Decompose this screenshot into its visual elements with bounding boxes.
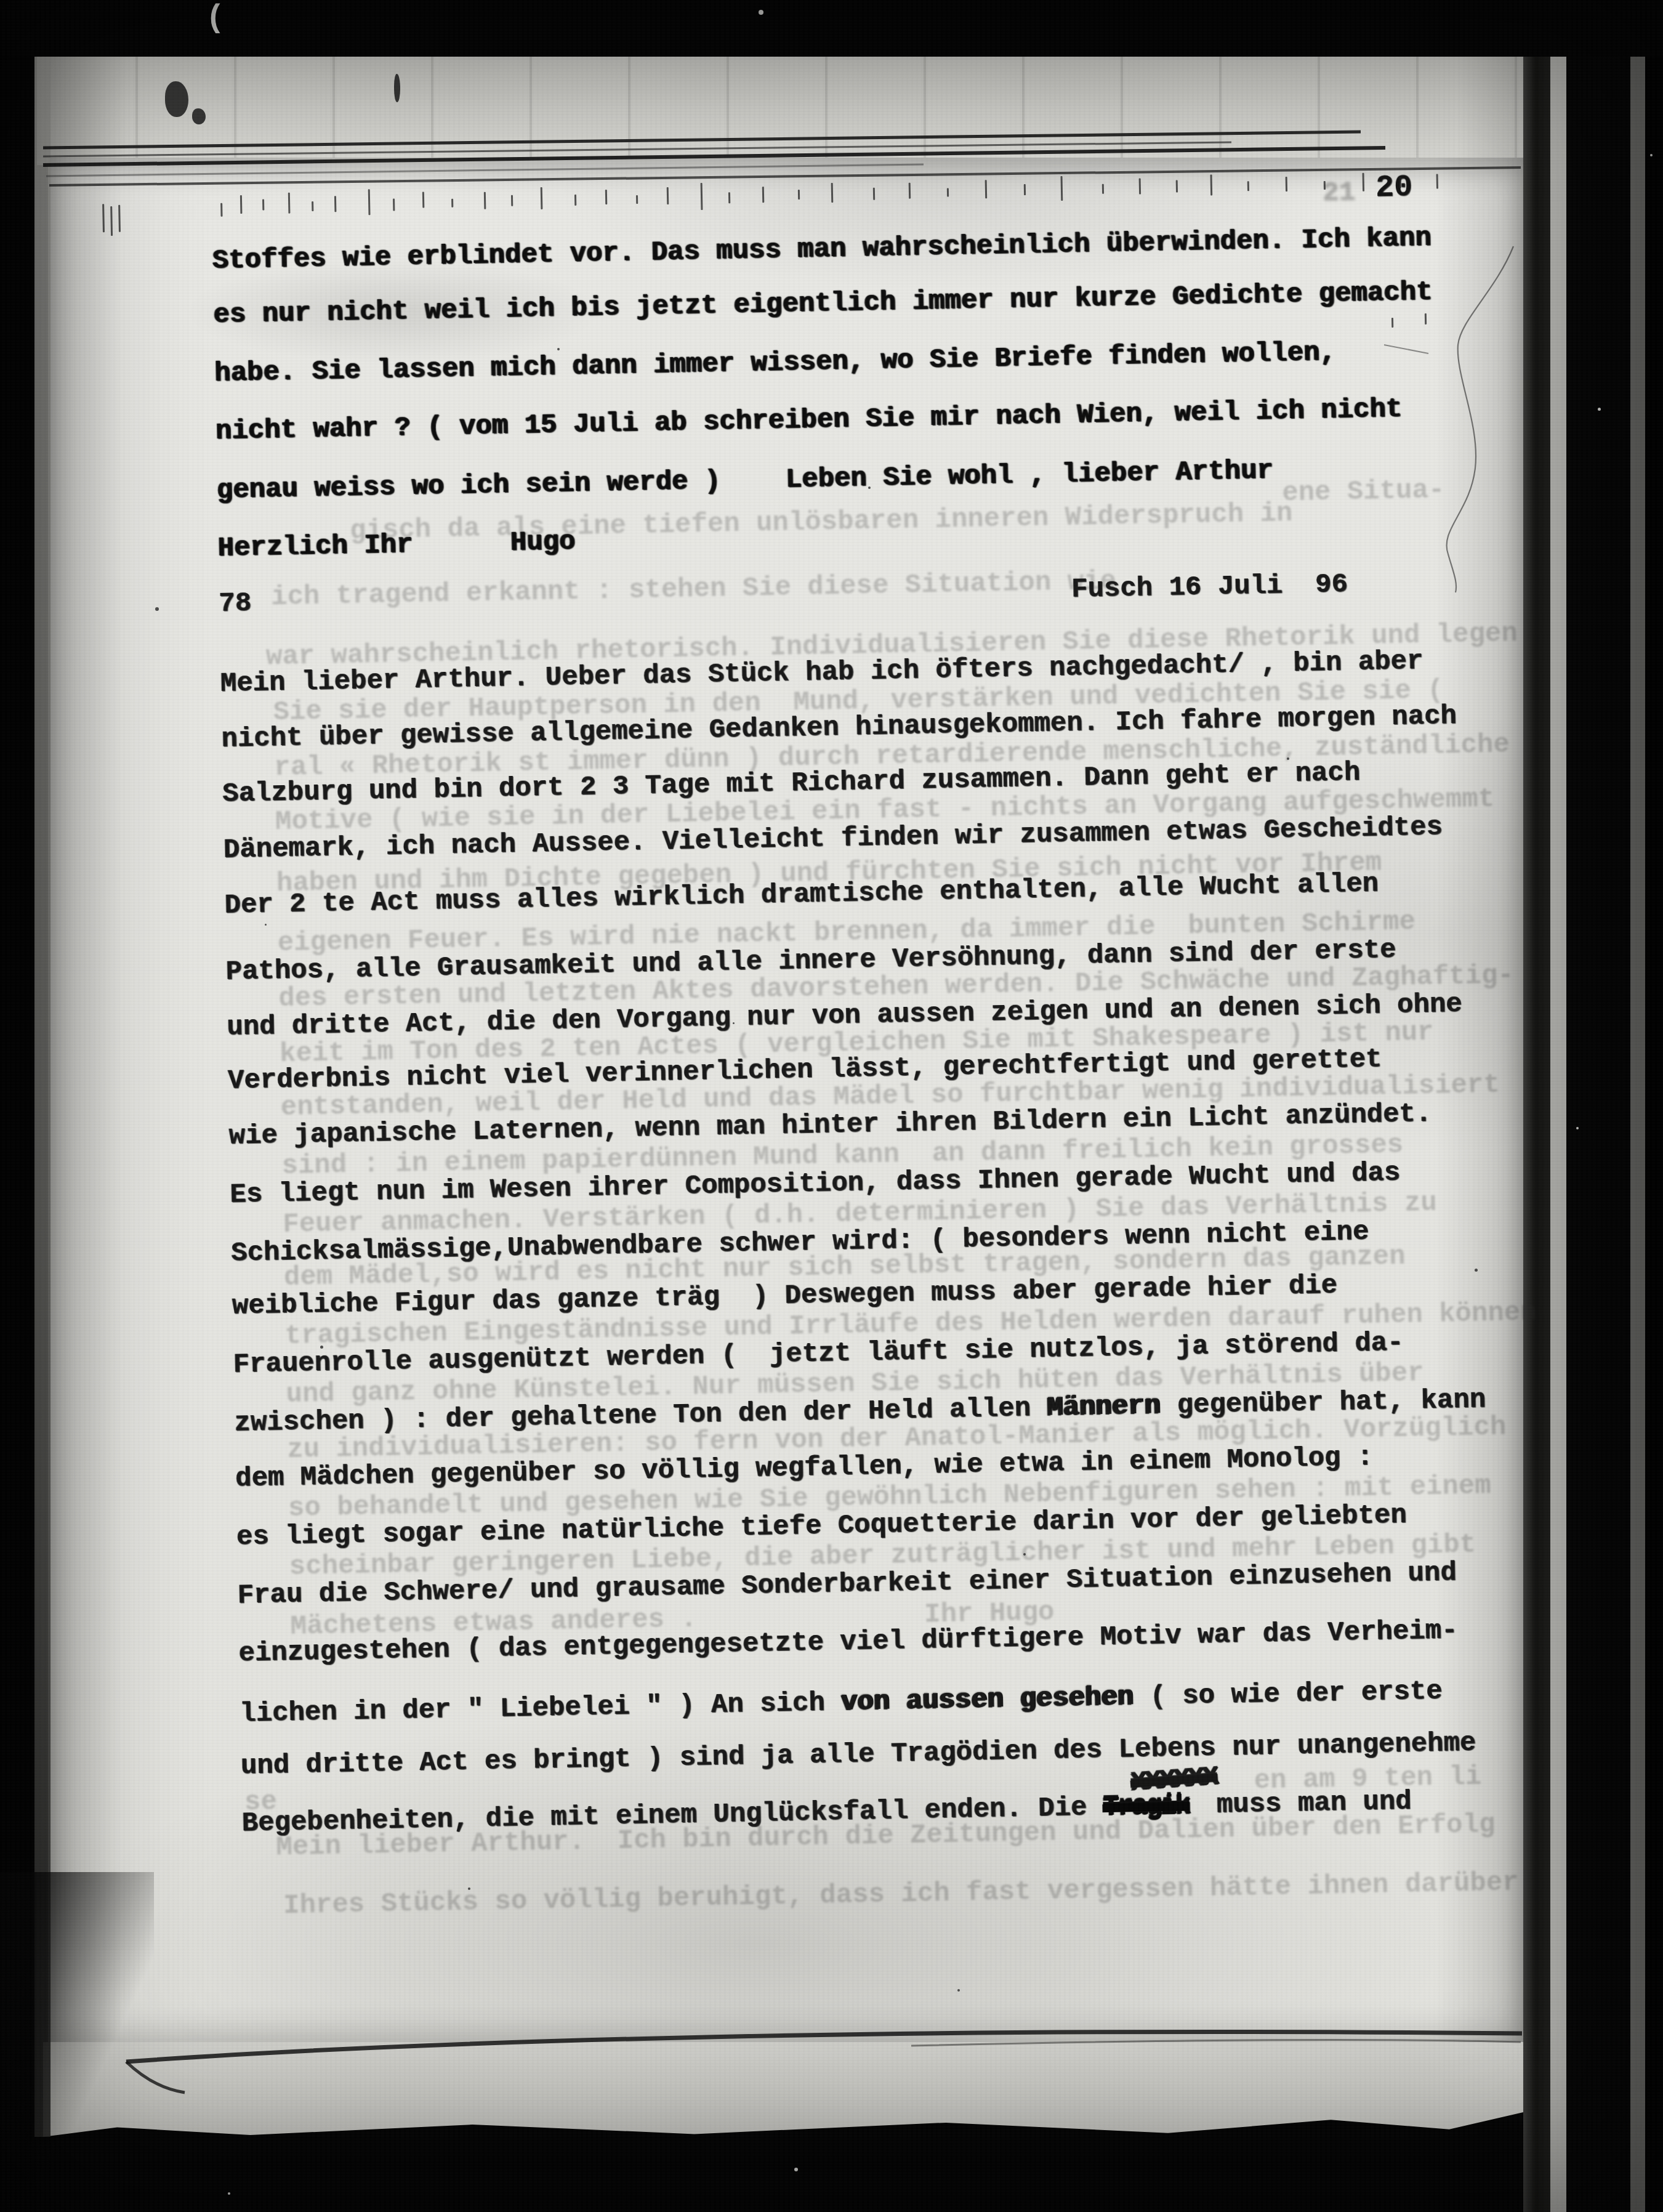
tick-mark bbox=[240, 195, 243, 214]
tick-mark bbox=[1247, 181, 1249, 191]
tick-mark bbox=[831, 183, 834, 203]
dust-speck bbox=[957, 1989, 960, 1992]
typed-lines: Stoffes wie erblindet vor. Das muss man … bbox=[0, 0, 1657, 4]
typed-line: 78 bbox=[219, 590, 252, 618]
dust-speck bbox=[265, 924, 267, 926]
dust-speck bbox=[1287, 757, 1289, 760]
typed-line: gegenüber hat, kann bbox=[1161, 1386, 1486, 1419]
tick-mark bbox=[667, 187, 669, 204]
tick-mark bbox=[985, 180, 988, 198]
tick-mark bbox=[636, 195, 638, 204]
dust-speck-white bbox=[1576, 1127, 1579, 1129]
tick-mark bbox=[541, 187, 543, 209]
typed-line: 21 bbox=[1323, 179, 1356, 207]
tick-mark bbox=[1391, 318, 1393, 328]
dust-speck-white bbox=[759, 10, 763, 15]
tick-mark bbox=[393, 198, 395, 211]
typed-line: lichen in der " Liebelei " ) An sich bbox=[240, 1689, 842, 1727]
dust-speck bbox=[868, 486, 871, 489]
tick-mark bbox=[1286, 177, 1287, 192]
tick-mark bbox=[1210, 174, 1213, 195]
tick-mark bbox=[605, 190, 607, 204]
dust-speck bbox=[468, 1887, 470, 1890]
tick-mark bbox=[484, 192, 486, 209]
dust-speck bbox=[155, 607, 159, 611]
typed-line: nicht wahr ? ( vom 15 Juli ab schreiben … bbox=[215, 396, 1403, 445]
typed-line: muss man und bbox=[1200, 1788, 1412, 1819]
typed-line: XXXXXX bbox=[1130, 1765, 1218, 1796]
tick-mark bbox=[1102, 184, 1104, 194]
tick-mark bbox=[511, 195, 513, 206]
tick-mark bbox=[947, 188, 949, 196]
ghost-line: Ihres Stücks so völlig beruhigt, dass ic… bbox=[283, 1869, 1519, 1919]
typed-line: Stoffes wie erblindet vor. Das muss man … bbox=[212, 225, 1431, 275]
tick-mark bbox=[728, 192, 730, 203]
tick-mark bbox=[368, 189, 371, 215]
typed-line: genau weiss wo ich sein werde ) Leben Si… bbox=[217, 458, 1274, 504]
tick-mark bbox=[451, 199, 453, 208]
tick-mark bbox=[118, 205, 121, 232]
microfilm-frame: ( ene Situa-gisch da als eine tiefen unl… bbox=[0, 0, 1663, 2212]
tick-mark bbox=[334, 196, 336, 212]
typed-line: Tragik bbox=[1103, 1793, 1190, 1822]
typed-line: es nur nicht weil ich bis jetzt eigentli… bbox=[213, 279, 1433, 329]
tick-mark bbox=[909, 183, 911, 199]
dust-speck-white bbox=[1650, 154, 1653, 156]
tick-mark bbox=[873, 188, 875, 200]
tick-mark bbox=[1399, 177, 1401, 188]
ghost-lines: ene Situa-gisch da als eine tiefen unlös… bbox=[0, 0, 1657, 4]
ink-smudge bbox=[165, 81, 188, 117]
tick-mark bbox=[574, 195, 576, 206]
ghost-line: ich tragend erkannt : stehen Sie diese S… bbox=[271, 568, 1117, 611]
tick-mark bbox=[312, 201, 313, 211]
tick-mark bbox=[1425, 313, 1427, 325]
tick-mark bbox=[1363, 173, 1365, 192]
dust-speck-white bbox=[1598, 408, 1601, 411]
tick-mark bbox=[262, 199, 264, 210]
tick-mark bbox=[798, 190, 800, 200]
ink-smudge bbox=[394, 74, 400, 102]
tick-mark bbox=[1024, 184, 1026, 195]
ghost-line: ene Situa- bbox=[1282, 477, 1445, 507]
dust-speck-white bbox=[794, 2168, 798, 2171]
typed-line: 20 bbox=[1375, 174, 1413, 202]
tick-mark bbox=[220, 203, 222, 217]
dust-speck bbox=[733, 1022, 735, 1024]
tick-mark bbox=[1436, 174, 1438, 188]
dust-speck-white bbox=[228, 2192, 230, 2195]
typed-line: Männern bbox=[1047, 1392, 1161, 1421]
dust-speck bbox=[557, 348, 560, 350]
typed-line: Fusch 16 Juli 96 bbox=[1071, 571, 1348, 603]
film-tick-marks bbox=[0, 0, 1657, 4]
tick-mark bbox=[701, 183, 703, 210]
typed-line: ( so wie der erste bbox=[1133, 1678, 1443, 1711]
tick-mark bbox=[1061, 176, 1063, 201]
ink-smudge bbox=[192, 108, 206, 124]
letter-text-layer: ene Situa-gisch da als eine tiefen unlös… bbox=[0, 0, 1663, 2212]
dust-speck bbox=[320, 1346, 323, 1349]
tick-mark bbox=[1139, 179, 1141, 195]
typed-line: Herzlich Ihr Hugo bbox=[217, 528, 576, 562]
tick-mark bbox=[288, 193, 291, 214]
typed-line: von aussen gesehen bbox=[841, 1684, 1134, 1716]
tick-mark bbox=[1324, 181, 1326, 190]
tick-mark bbox=[110, 206, 113, 236]
tick-mark bbox=[762, 187, 764, 203]
tick-mark bbox=[422, 192, 424, 208]
tick-mark bbox=[1176, 180, 1178, 192]
dust-speck bbox=[1475, 1269, 1478, 1272]
typed-line: habe. Sie lassen mich dann immer wissen,… bbox=[214, 339, 1336, 387]
tick-mark bbox=[102, 204, 105, 232]
dust-speck bbox=[1023, 1553, 1026, 1556]
